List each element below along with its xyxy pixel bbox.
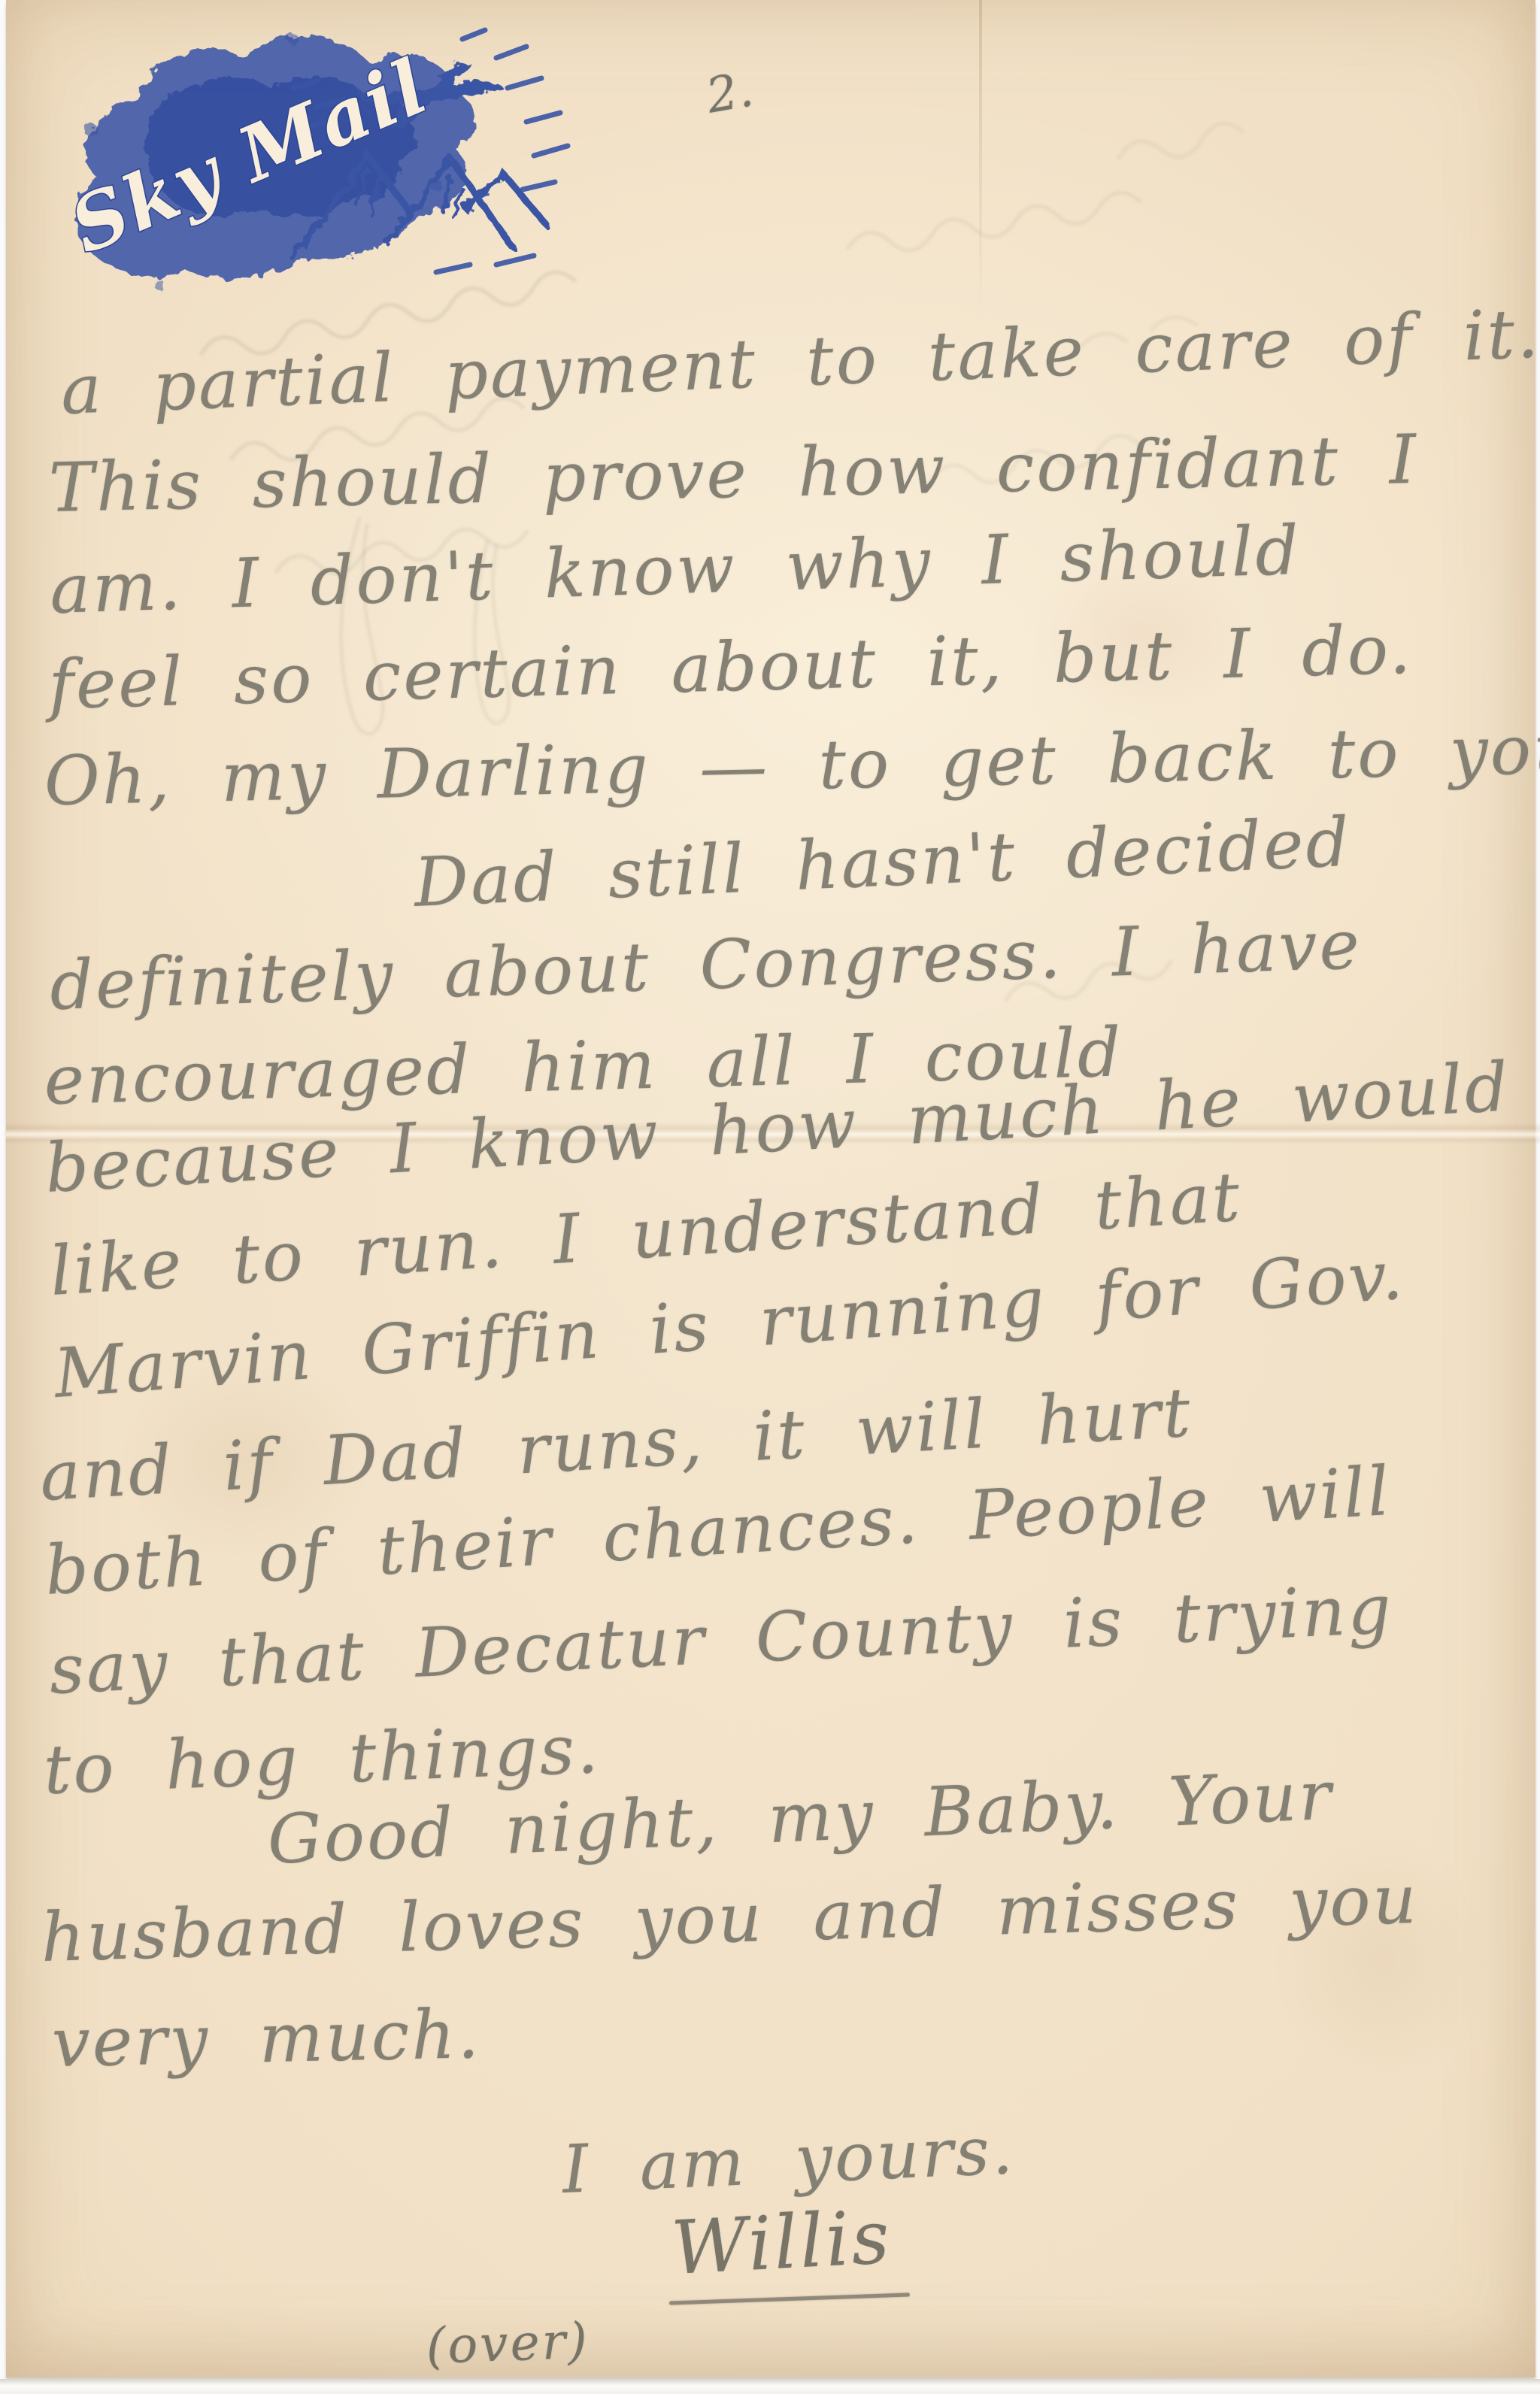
signature-underline: [669, 2292, 910, 2305]
handwritten-line: husband loves you and misses you: [40, 1862, 1419, 1975]
handwritten-line: feel so certain about it, but I do.: [47, 613, 1414, 723]
handwritten-line: a partial payment to take care of it.: [59, 296, 1540, 428]
signature: Willis: [669, 2198, 893, 2290]
handwritten-line: am. I don't know why I should: [49, 514, 1302, 627]
handwritten-line: Dad still hasn't decided: [413, 805, 1353, 920]
handwritten-line: This should prove how confidant I: [48, 423, 1419, 526]
closing-line: I am yours.: [561, 2114, 1017, 2207]
scanned-letter-page: Sky Mail 2. a partial payment to take c: [0, 0, 1540, 2394]
page-number: 2.: [703, 65, 756, 121]
handwritten-line: Oh, my Darling — to get back to you —: [44, 710, 1540, 819]
over-note: (over): [425, 2314, 590, 2374]
scanner-edge: [0, 2379, 1540, 2394]
vertical-crease: [979, 0, 982, 323]
handwritten-line: very much.: [51, 1997, 482, 2080]
handwritten-line: definitely about Congress. I have: [49, 908, 1363, 1023]
letter-paper: Sky Mail 2. a partial payment to take c: [6, 0, 1535, 2377]
skymail-logo: Sky Mail: [45, 17, 571, 302]
